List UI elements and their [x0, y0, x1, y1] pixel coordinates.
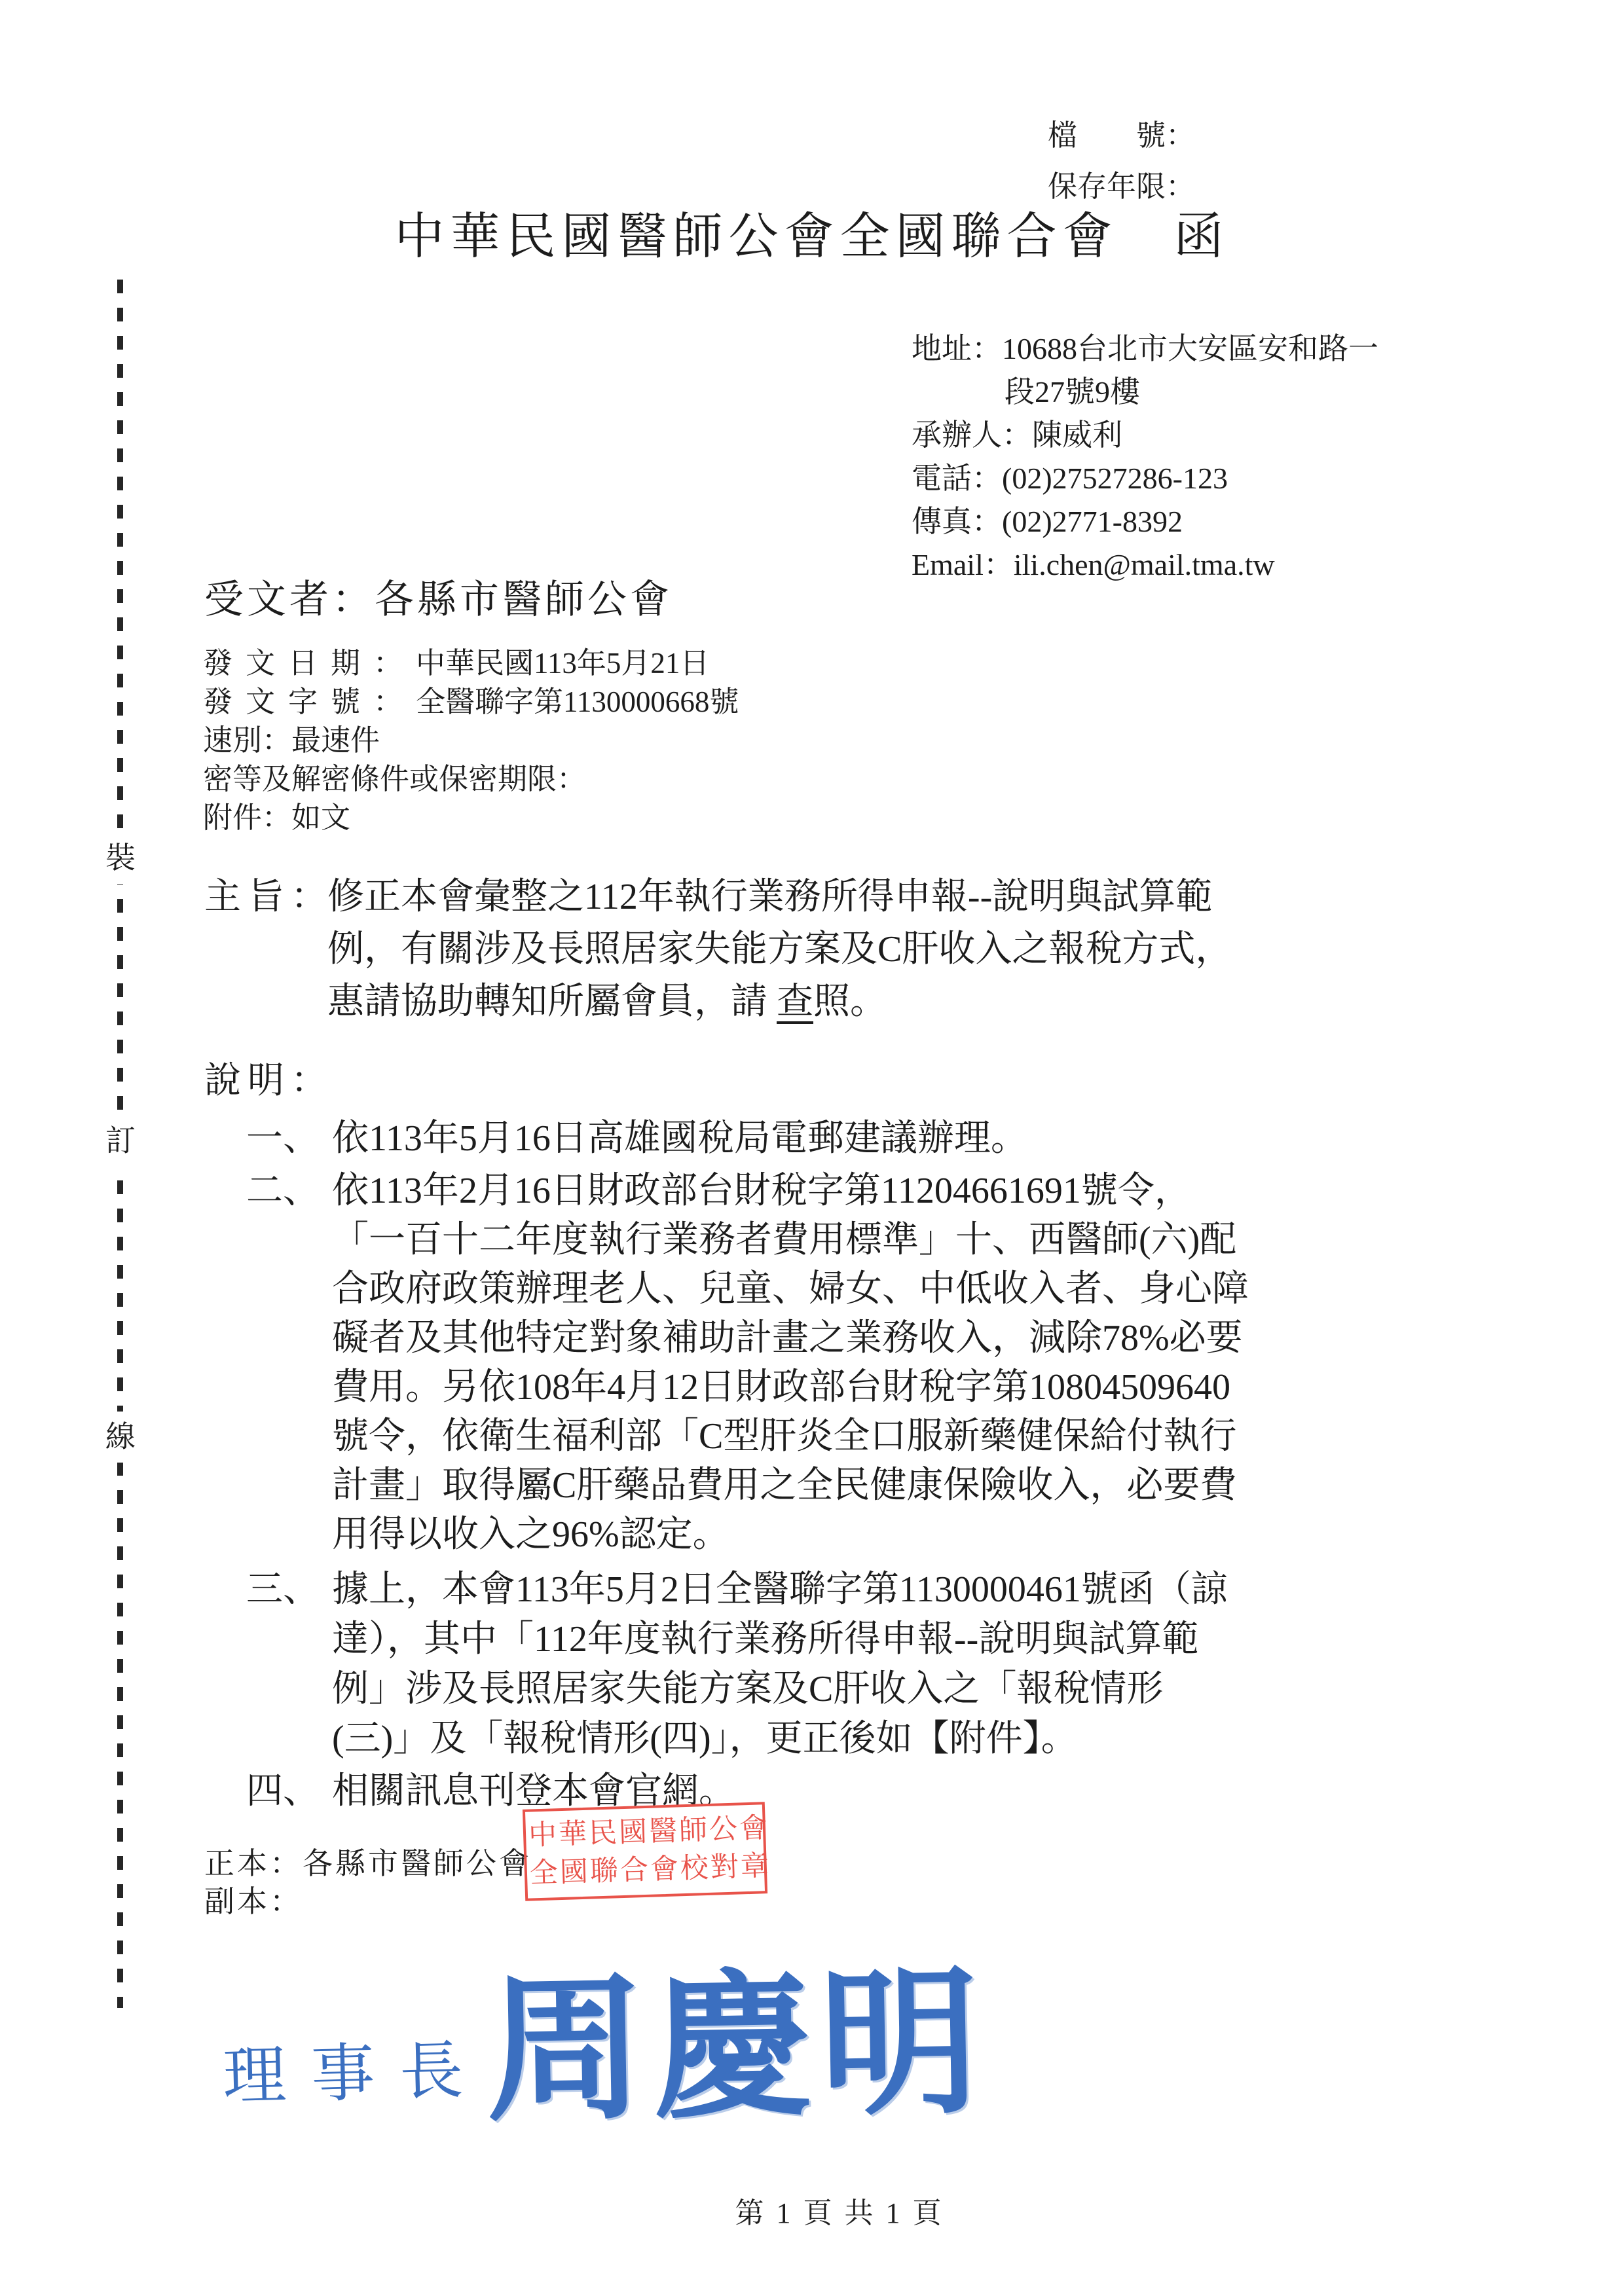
- item-number: 三、: [246, 1565, 332, 1614]
- item-line: 三、據上，本會113年5月2日全醫聯字第1130000461號函（諒: [246, 1565, 1228, 1614]
- issue-date-label: 發文日期：: [203, 647, 416, 680]
- letter-title: 中華民國醫師公會全國聯合會 函: [0, 196, 1624, 268]
- doc-meta-block: 發文日期：中華民國113年5月21日 發文字號：全醫聯字第1130000668號…: [203, 644, 739, 837]
- item-text: 據上，本會113年5月2日全醫聯字第1130000461號函（諒: [332, 1569, 1228, 1610]
- issue-date-line: 發文日期：中華民國113年5月21日: [203, 644, 739, 683]
- fax-line: 傳真：(02)2771-8392: [912, 500, 1378, 543]
- stamp-line-2: 全國聯合會校對章: [529, 1848, 762, 1893]
- issue-number-label: 發文字號：: [203, 685, 416, 718]
- subject-text-3: 惠請協助轉知所屬會員，請: [327, 981, 777, 1022]
- carbon-copy-line: 副本：: [204, 1883, 532, 1921]
- file-number-label: 檔 號：: [1048, 110, 1195, 161]
- subject-line-1: 主旨：修正本會彙整之112年執行業務所得申報--說明與試算範: [204, 871, 1232, 923]
- chairman-title: 理事長: [221, 2018, 489, 2117]
- subject-line-3: 惠請協助轉知所屬會員，請 查照。: [327, 975, 1232, 1028]
- explanation-label: 說明：: [204, 1051, 334, 1104]
- binding-char-xian: 線: [102, 1412, 139, 1463]
- item-line: 達），其中「112年度執行業務所得申報--說明與試算範: [332, 1614, 1228, 1664]
- email-line: Email：ili.chen@mail.tma.tw: [912, 543, 1378, 587]
- address-line-2: 段27號9樓: [912, 371, 1378, 414]
- item-line: 費用。另依108年4月12日財政部台財稅字第10804509640: [332, 1363, 1249, 1412]
- speed-line: 速別：最速件: [203, 721, 739, 760]
- subject-text-1: 修正本會彙整之112年執行業務所得申報--說明與試算範: [327, 877, 1212, 917]
- copies-block: 正本：各縣市醫師公會 副本：: [204, 1845, 532, 1921]
- item-line: 合政府政策辦理老人、兒童、婦女、中低收入者、身心障: [332, 1265, 1249, 1314]
- security-line: 密等及解密條件或保密期限：: [203, 760, 739, 799]
- item-text: 依113年2月16日財政部台財稅字第11204661691號令，: [332, 1171, 1191, 1211]
- contact-block: 地址：10688台北市大安區安和路一 段27號9樓 承辦人：陳威利 電話：(02…: [912, 327, 1378, 587]
- item-number: 四、: [246, 1766, 332, 1816]
- subject-line-2: 例，有關涉及長照居家失能方案及C肝收入之報稅方式，: [327, 923, 1232, 975]
- chairman-signature: 周慶明: [485, 1956, 989, 2140]
- officer-line: 承辦人：陳威利: [912, 414, 1378, 457]
- subject-text-3-end: 照。: [813, 981, 887, 1022]
- item-line: 「一百十二年度執行業務者費用標準」十、西醫師(六)配: [332, 1216, 1249, 1265]
- binding-char-ding: 訂: [102, 1116, 139, 1167]
- subject-label: 主旨：: [204, 871, 327, 923]
- attachment-line: 附件：如文: [203, 799, 739, 837]
- subject-underlined-word: 查: [777, 981, 813, 1022]
- binding-char-zhuang: 裝: [102, 833, 139, 884]
- issue-number-value: 全醫聯字第1130000668號: [416, 685, 739, 718]
- explanation-item-1: 一、依113年5月16日高雄國稅局電郵建議辦理。: [246, 1114, 1027, 1163]
- item-number: 二、: [246, 1167, 332, 1216]
- item-line: 計畫」取得屬C肝藥品費用之全民健康保險收入，必要費: [332, 1461, 1249, 1510]
- item-line: 二、依113年2月16日財政部台財稅字第11204661691號令，: [246, 1167, 1249, 1216]
- item-line: 號令，依衛生福利部「C型肝炎全口服新藥健保給付執行: [332, 1412, 1249, 1461]
- recipient-line: 受文者：各縣市醫師公會: [204, 568, 673, 625]
- explanation-item-2: 二、依113年2月16日財政部台財稅字第11204661691號令， 「一百十二…: [246, 1167, 1249, 1559]
- official-letter-page: 檔 號： 保存年限： 中華民國醫師公會全國聯合會 函 地址：10688台北市大安…: [0, 0, 1624, 2296]
- subject-block: 主旨：修正本會彙整之112年執行業務所得申報--說明與試算範 例，有關涉及長照居…: [204, 871, 1232, 1028]
- issue-date-value: 中華民國113年5月21日: [416, 647, 709, 680]
- item-line: 例」涉及長照居家失能方案及C肝收入之「報稅情形: [332, 1664, 1228, 1714]
- item-line: 一、依113年5月16日高雄國稅局電郵建議辦理。: [246, 1114, 1027, 1163]
- page-number: 第 1 頁 共 1 頁: [55, 2189, 1624, 2231]
- item-line: 礙者及其他特定對象補助計畫之業務收入，減除78%必要: [332, 1314, 1249, 1363]
- item-number: 一、: [246, 1114, 332, 1163]
- address-line-1: 地址：10688台北市大安區安和路一: [912, 327, 1378, 371]
- item-line: 用得以收入之96%認定。: [332, 1510, 1249, 1559]
- phone-line: 電話：(02)27527286-123: [912, 457, 1378, 500]
- explanation-item-3: 三、據上，本會113年5月2日全醫聯字第1130000461號函（諒 達），其中…: [246, 1565, 1228, 1764]
- item-text: 依113年5月16日高雄國稅局電郵建議辦理。: [332, 1118, 1027, 1159]
- item-line: (三)」及「報稅情形(四)」，更正後如【附件】。: [332, 1714, 1228, 1764]
- issue-number-line: 發文字號：全醫聯字第1130000668號: [203, 683, 739, 721]
- original-copy-line: 正本：各縣市醫師公會: [204, 1845, 532, 1883]
- verification-stamp: 中華民國醫師公會 全國聯合會校對章: [523, 1802, 767, 1901]
